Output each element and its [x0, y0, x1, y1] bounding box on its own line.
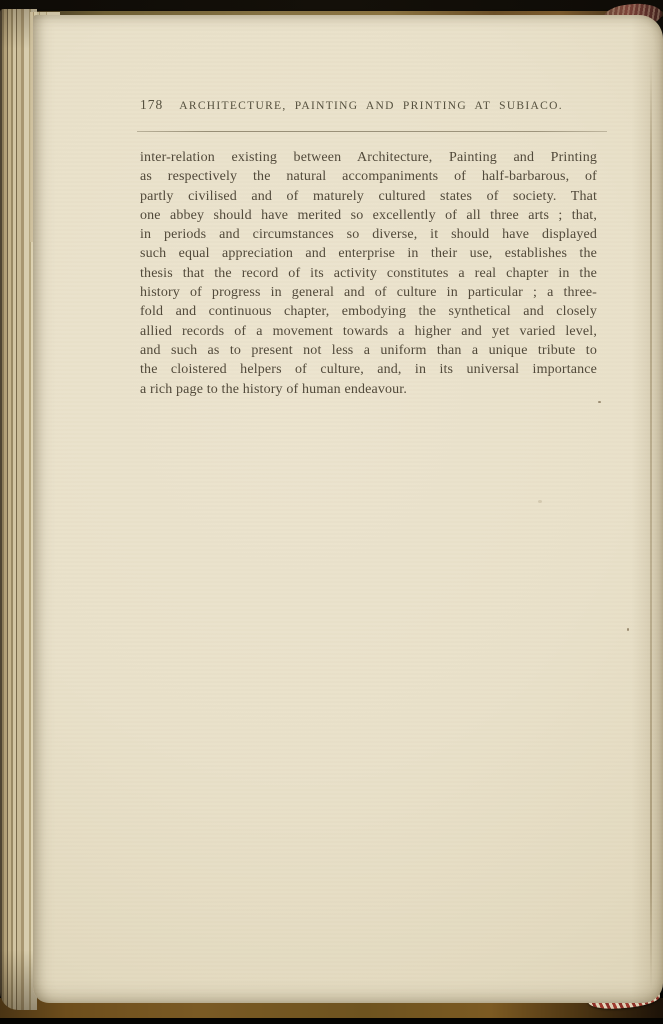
body-text-line: fold and continuous chapter, embodying t… — [140, 302, 597, 321]
running-header: 178 ARCHITECTURE, PAINTING AND PRINTING … — [140, 97, 600, 113]
paper-speck — [598, 401, 601, 403]
body-text-line: as respectively the natural accompanimen… — [140, 167, 597, 186]
body-text-line: one abbey should have merited so excelle… — [140, 206, 597, 225]
body-text-line: in periods and circumstances so diverse,… — [140, 225, 597, 244]
body-text-line: the cloistered helpers of culture, and, … — [140, 360, 597, 379]
body-text-line: thesis that the record of its activity c… — [140, 264, 597, 283]
scanned-book-photo: 178 ARCHITECTURE, PAINTING AND PRINTING … — [0, 0, 663, 1024]
paper-speck — [538, 500, 542, 503]
header-rule — [137, 131, 607, 132]
page-crease-right — [650, 60, 652, 990]
running-header-title: ARCHITECTURE, PAINTING AND PRINTING AT S… — [179, 100, 600, 112]
body-text-line: allied records of a movement towards a h… — [140, 322, 597, 341]
book-page: 178 ARCHITECTURE, PAINTING AND PRINTING … — [33, 15, 663, 1003]
body-text-line: and such as to present not less a unifor… — [140, 341, 597, 360]
body-text: inter-relation existing between Architec… — [140, 148, 597, 399]
paper-speck — [627, 628, 629, 631]
body-text-line: such equal appreciation and enterprise i… — [140, 244, 597, 263]
page-number: 178 — [140, 97, 163, 113]
body-text-line: history of progress in general and of cu… — [140, 283, 597, 302]
body-text-line: partly civilised and of maturely culture… — [140, 187, 597, 206]
body-text-line: a rich page to the history of human ende… — [140, 380, 597, 399]
body-text-line: inter-relation existing between Architec… — [140, 148, 597, 167]
